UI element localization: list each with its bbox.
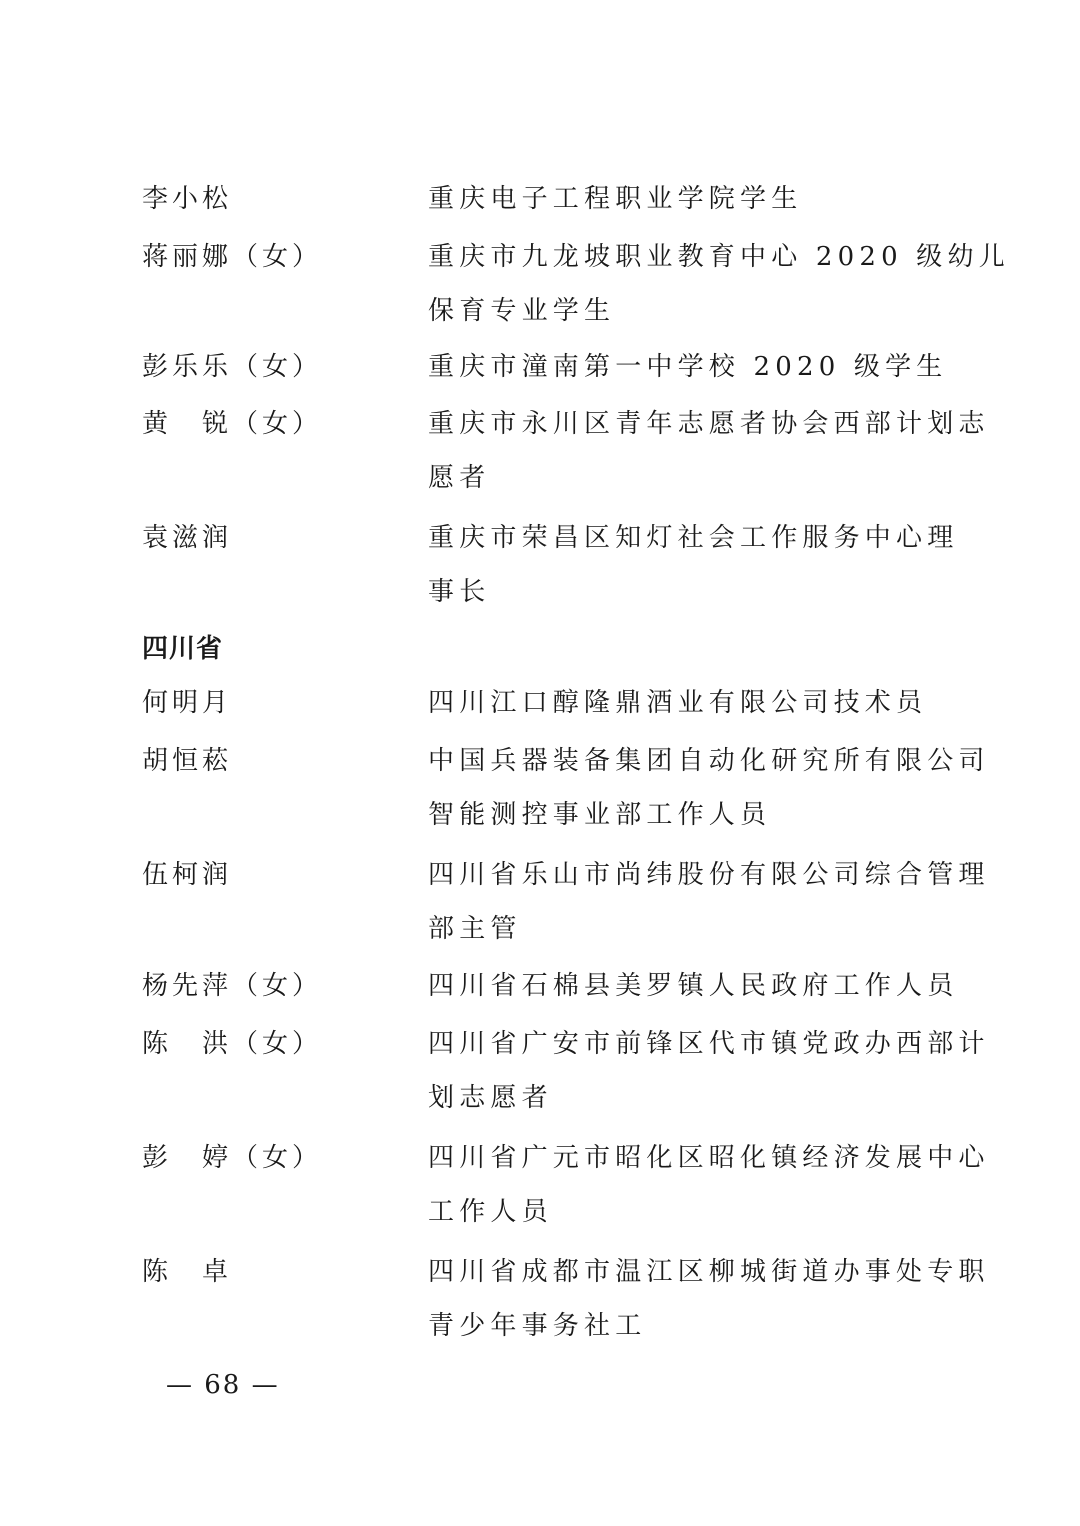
person-description: 重庆市九龙坡职业教育中心 2020 级幼儿 保育专业学生 (428, 242, 943, 326)
person-name: 何明月 (142, 688, 232, 718)
person-description: 中国兵器装备集团自动化研究所有限公司 智能测控事业部工作人员 (428, 746, 943, 830)
person-name: 胡恒菘 (142, 746, 232, 776)
section-title-sichuan: 四川省 (142, 634, 223, 664)
person-name: 袁滋润 (142, 523, 232, 553)
person-description: 四川省乐山市尚纬股份有限公司综合管理 部主管 (428, 860, 943, 944)
person-description: 四川省广安市前锋区代市镇党政办西部计 划志愿者 (428, 1029, 943, 1113)
person-name: 彭 婷（女） (142, 1143, 322, 1173)
person-name: 伍柯润 (142, 860, 232, 890)
person-description: 四川江口醇隆鼎酒业有限公司技术员 (428, 688, 943, 718)
person-name: 李小松 (142, 184, 232, 214)
person-name: 蒋丽娜（女） (142, 242, 322, 272)
person-description: 四川省广元市昭化区昭化镇经济发展中心 工作人员 (428, 1143, 943, 1227)
person-name: 黄 锐（女） (142, 409, 322, 439)
person-name: 陈 洪（女） (142, 1029, 322, 1059)
document-page: 李小松 重庆电子工程职业学院学生 蒋丽娜（女） 重庆市九龙坡职业教育中心 202… (0, 0, 1080, 1526)
person-description: 重庆市潼南第一中学校 2020 级学生 (428, 352, 943, 382)
person-name: 彭乐乐（女） (142, 352, 322, 382)
person-description: 重庆市荣昌区知灯社会工作服务中心理 事长 (428, 523, 943, 607)
person-description: 重庆市永川区青年志愿者协会西部计划志 愿者 (428, 409, 943, 493)
page-number: — 68 — (166, 1370, 280, 1400)
person-name: 陈 卓 (142, 1257, 232, 1287)
person-description: 重庆电子工程职业学院学生 (428, 184, 943, 214)
person-name: 杨先萍（女） (142, 971, 322, 1001)
person-description: 四川省成都市温江区柳城街道办事处专职 青少年事务社工 (428, 1257, 943, 1341)
person-description: 四川省石棉县美罗镇人民政府工作人员 (428, 971, 943, 1001)
